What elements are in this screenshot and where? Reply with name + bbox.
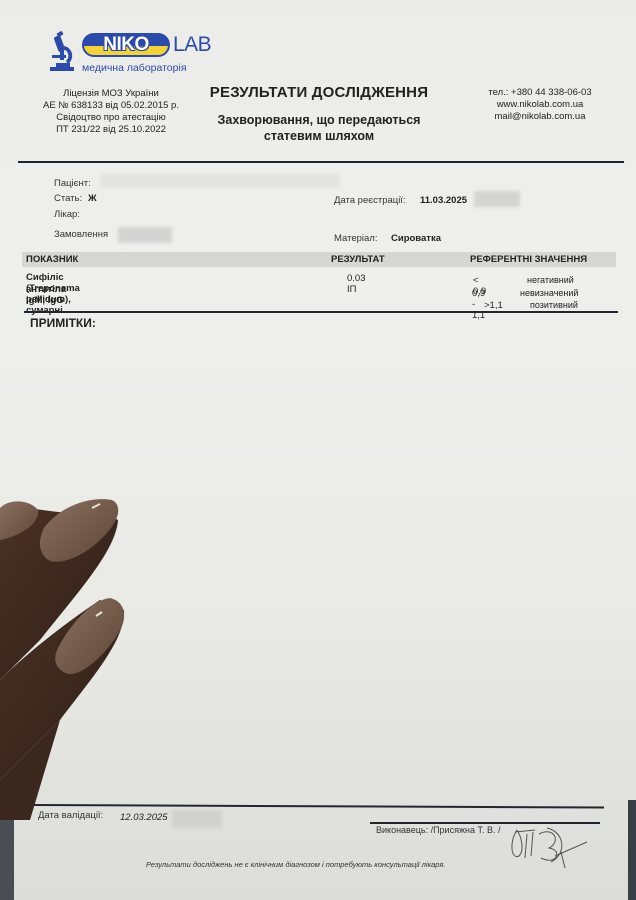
contact-email: mail@nikolab.com.ua xyxy=(470,111,610,123)
contact-website: www.nikolab.com.ua xyxy=(470,99,610,111)
notes-label: ПРИМІТКИ: xyxy=(30,316,96,330)
subtitle-line: Захворювання, що передаються xyxy=(200,112,438,128)
lab-report-page: NIKO LAB медична лабораторія Ліцензія МО… xyxy=(0,0,636,900)
contact-phone: тел.: +380 44 338-06-03 xyxy=(470,87,610,99)
subtitle-line: статевим шляхом xyxy=(200,128,438,144)
reference-range: >1,1 xyxy=(484,300,503,311)
license-info: Ліцензія МОЗ України АЕ № 638133 від 05.… xyxy=(36,88,186,136)
column-header-result: РЕЗУЛЬТАТ xyxy=(331,254,385,265)
photo-right-edge xyxy=(628,800,636,900)
executor-name: Виконавець: /Присяжна Т. В. / xyxy=(376,825,500,835)
material-value: Сироватка xyxy=(391,233,441,244)
contact-info: тел.: +380 44 338-06-03 www.nikolab.com.… xyxy=(470,87,610,123)
license-line: ПТ 231/22 від 25.10.2022 xyxy=(36,124,186,136)
sex-value: Ж xyxy=(88,193,97,204)
sex-label: Стать: xyxy=(54,193,82,204)
disclaimer-text: Результати досліджень не є клінічним діа… xyxy=(146,860,445,869)
hand-photo-artifact xyxy=(0,480,140,820)
header-divider xyxy=(18,161,624,163)
registration-date-label: Дата реєстрації: xyxy=(334,195,406,206)
report-subtitle: Захворювання, що передаються статевим шл… xyxy=(200,112,438,144)
patient-name-redacted xyxy=(100,174,340,188)
indicator-name-line: антитіла IgM, IgG xyxy=(26,284,66,306)
nikolab-logo: NIKO LAB медична лабораторія xyxy=(48,30,208,78)
logo-niko-pill: NIKO xyxy=(82,33,170,57)
microscope-icon xyxy=(48,30,78,74)
photo-edge-shadow xyxy=(0,820,14,900)
order-label: Замовлення xyxy=(54,229,108,240)
reference-meaning: негативний xyxy=(527,275,574,285)
validation-time-redacted xyxy=(172,810,222,828)
license-line: Ліцензія МОЗ України xyxy=(36,88,186,100)
table-bottom-divider xyxy=(24,311,618,313)
signature-icon xyxy=(505,822,595,870)
order-number-redacted xyxy=(118,227,172,243)
patient-label: Пацієнт: xyxy=(54,178,91,189)
column-header-indicator: ПОКАЗНИК xyxy=(26,254,78,265)
license-line: Свідоцтво про атестацію xyxy=(36,112,186,124)
reference-meaning: позитивний xyxy=(530,300,578,310)
registration-time-redacted xyxy=(474,191,520,207)
registration-date-value: 11.03.2025 xyxy=(420,195,467,206)
reference-meaning: невизначений xyxy=(520,288,578,298)
logo-tagline: медична лабораторія xyxy=(82,62,187,74)
report-title: РЕЗУЛЬТАТИ ДОСЛІДЖЕННЯ xyxy=(200,84,438,101)
result-value: 0.03 ІП xyxy=(347,273,366,295)
logo-lab-text: LAB xyxy=(173,33,211,57)
doctor-label: Лікар: xyxy=(54,209,80,220)
column-header-reference: РЕФЕРЕНТНІ ЗНАЧЕННЯ xyxy=(470,254,587,265)
material-label: Матеріал: xyxy=(334,233,377,244)
license-line: АЕ № 638133 від 05.02.2015 р. xyxy=(36,100,186,112)
